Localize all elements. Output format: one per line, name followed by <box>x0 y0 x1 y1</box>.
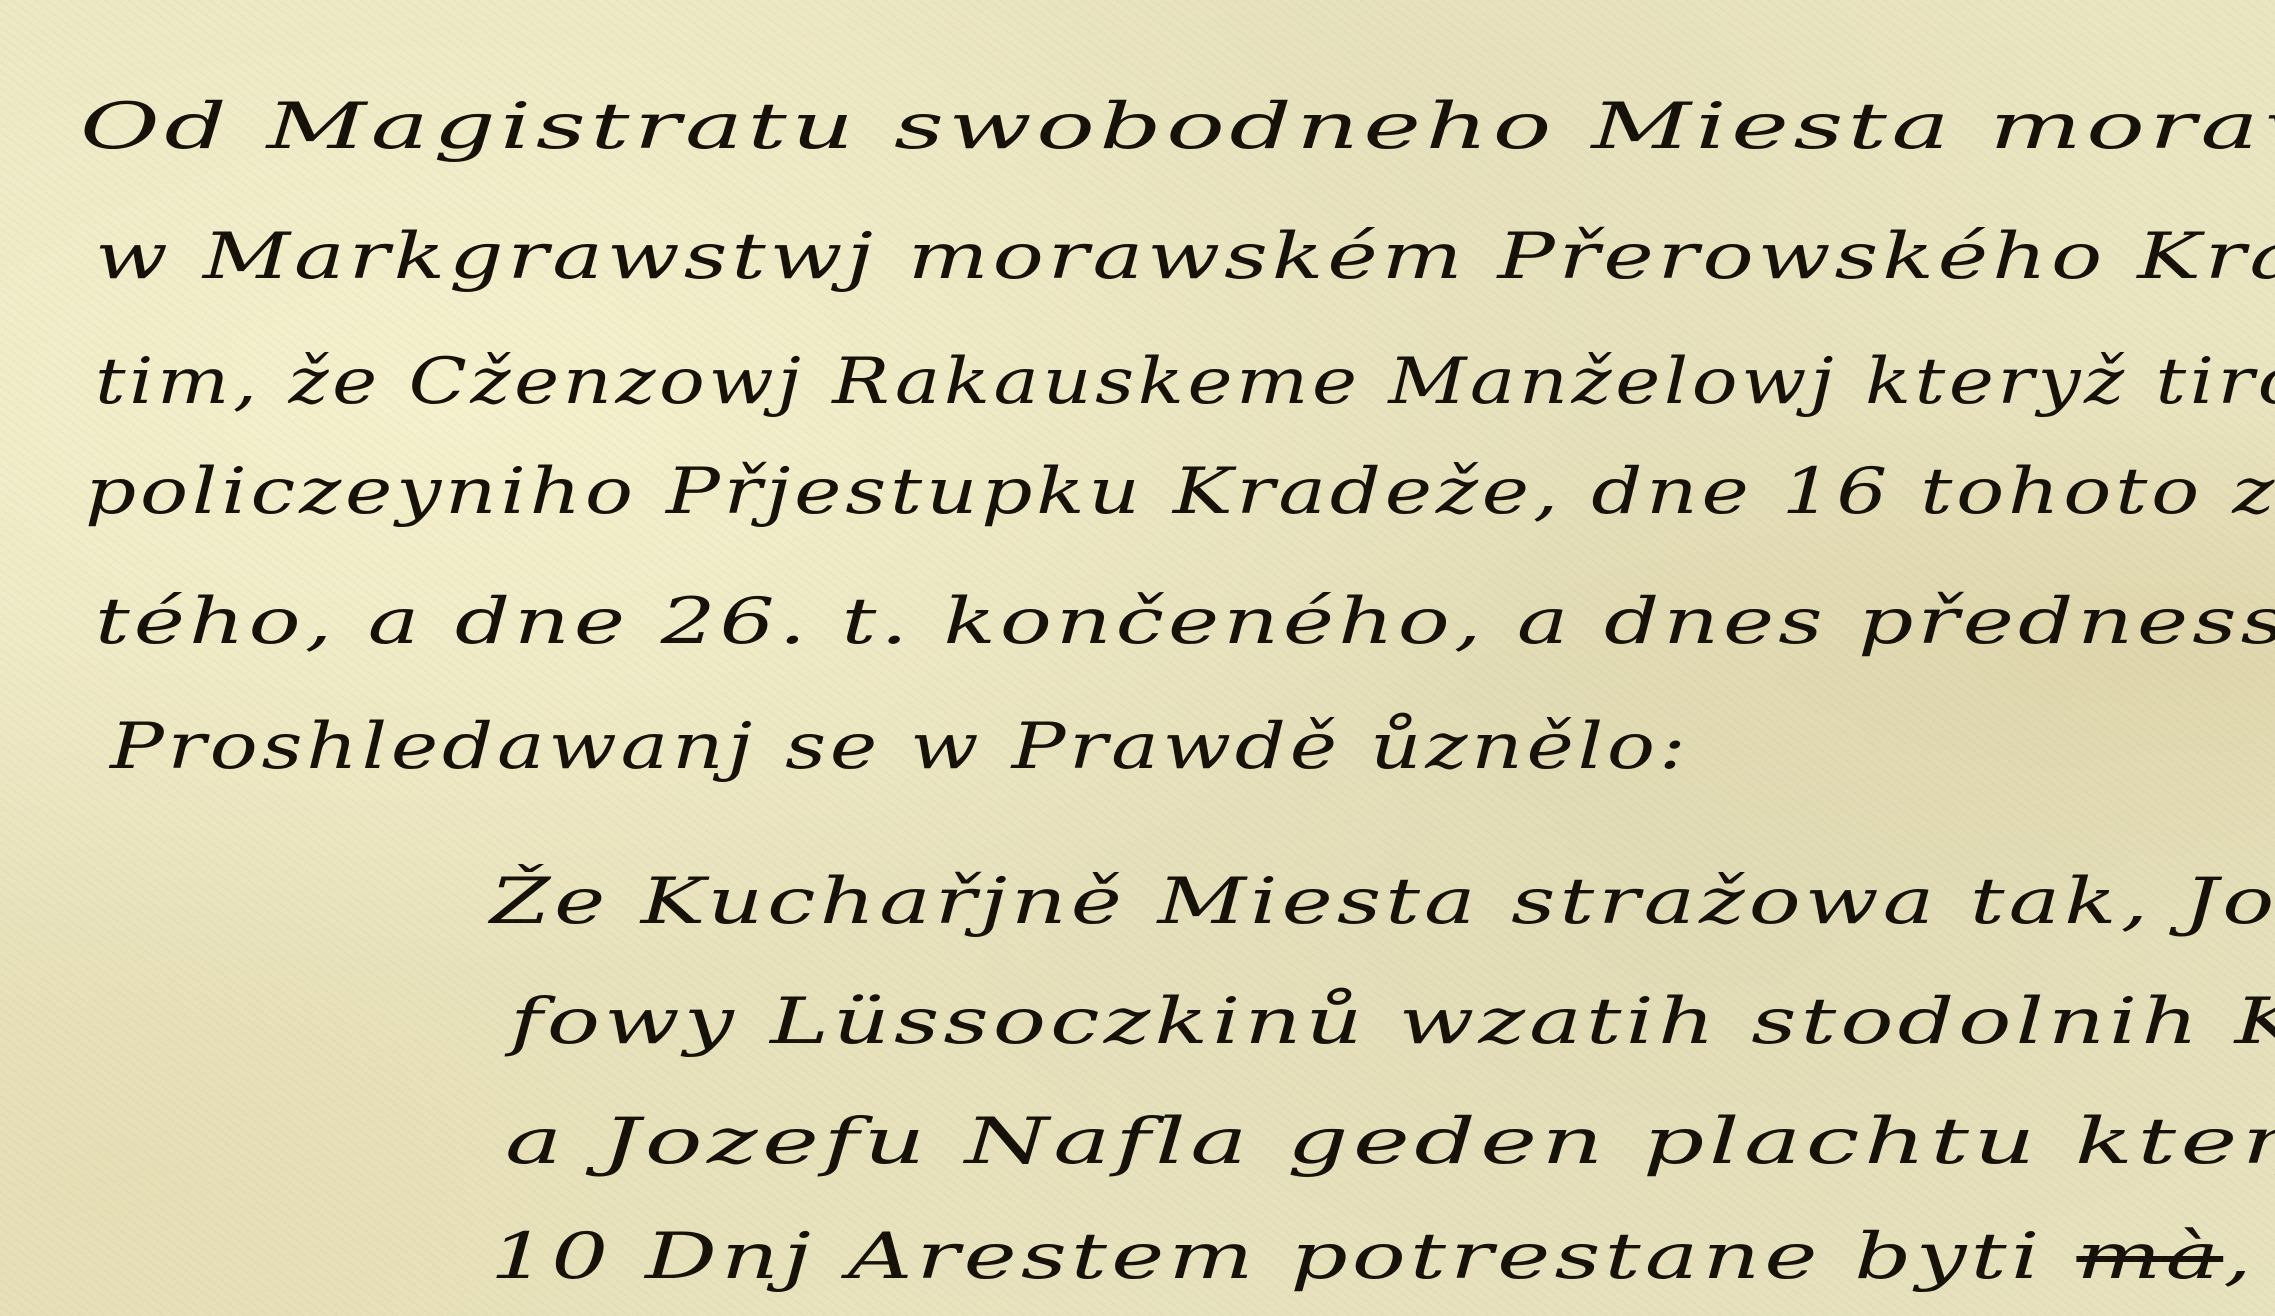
manuscript-page: Od Magistratu swobodneho Miesta morawské… <box>0 0 2275 1316</box>
manuscript-line-4: policzeyniho Přjestupku Kradeže, dne 16 … <box>85 460 2275 524</box>
manuscript-line-2: w Markgrawstwj morawském Přerowského Kra… <box>95 225 2275 289</box>
manuscript-line-3: tim, že Cženzowj Rakauskeme Manželowj kt… <box>95 350 2275 414</box>
manuscript-line-10-tail: , že <box>2223 1220 2275 1294</box>
manuscript-line-10: 10 Dnj Arestem potrestane byti mà, že <box>490 1225 2275 1289</box>
manuscript-line-1: Od Magistratu swobodneho Miesta morawské… <box>80 95 2275 159</box>
manuscript-line-8: fowy Lüssoczkinů wzatih stodolnih Klíčů, <box>510 990 2275 1054</box>
manuscript-line-10-text: 10 Dnj Arestem potrestane byti <box>490 1220 2044 1294</box>
manuscript-line-5: tého, a dne 26. t. končeného, a dnes pře… <box>95 590 2275 654</box>
manuscript-line-7: Že Kuchařjně Miesta stražowa tak, Jozef- <box>490 870 2275 934</box>
struck-word: mà <box>2076 1220 2223 1294</box>
manuscript-line-6: Proshledawanj se w Prawdě ůznělo: <box>110 715 1690 779</box>
manuscript-line-9: a Jozefu Nafla geden plachtu kterj <box>505 1110 2275 1174</box>
